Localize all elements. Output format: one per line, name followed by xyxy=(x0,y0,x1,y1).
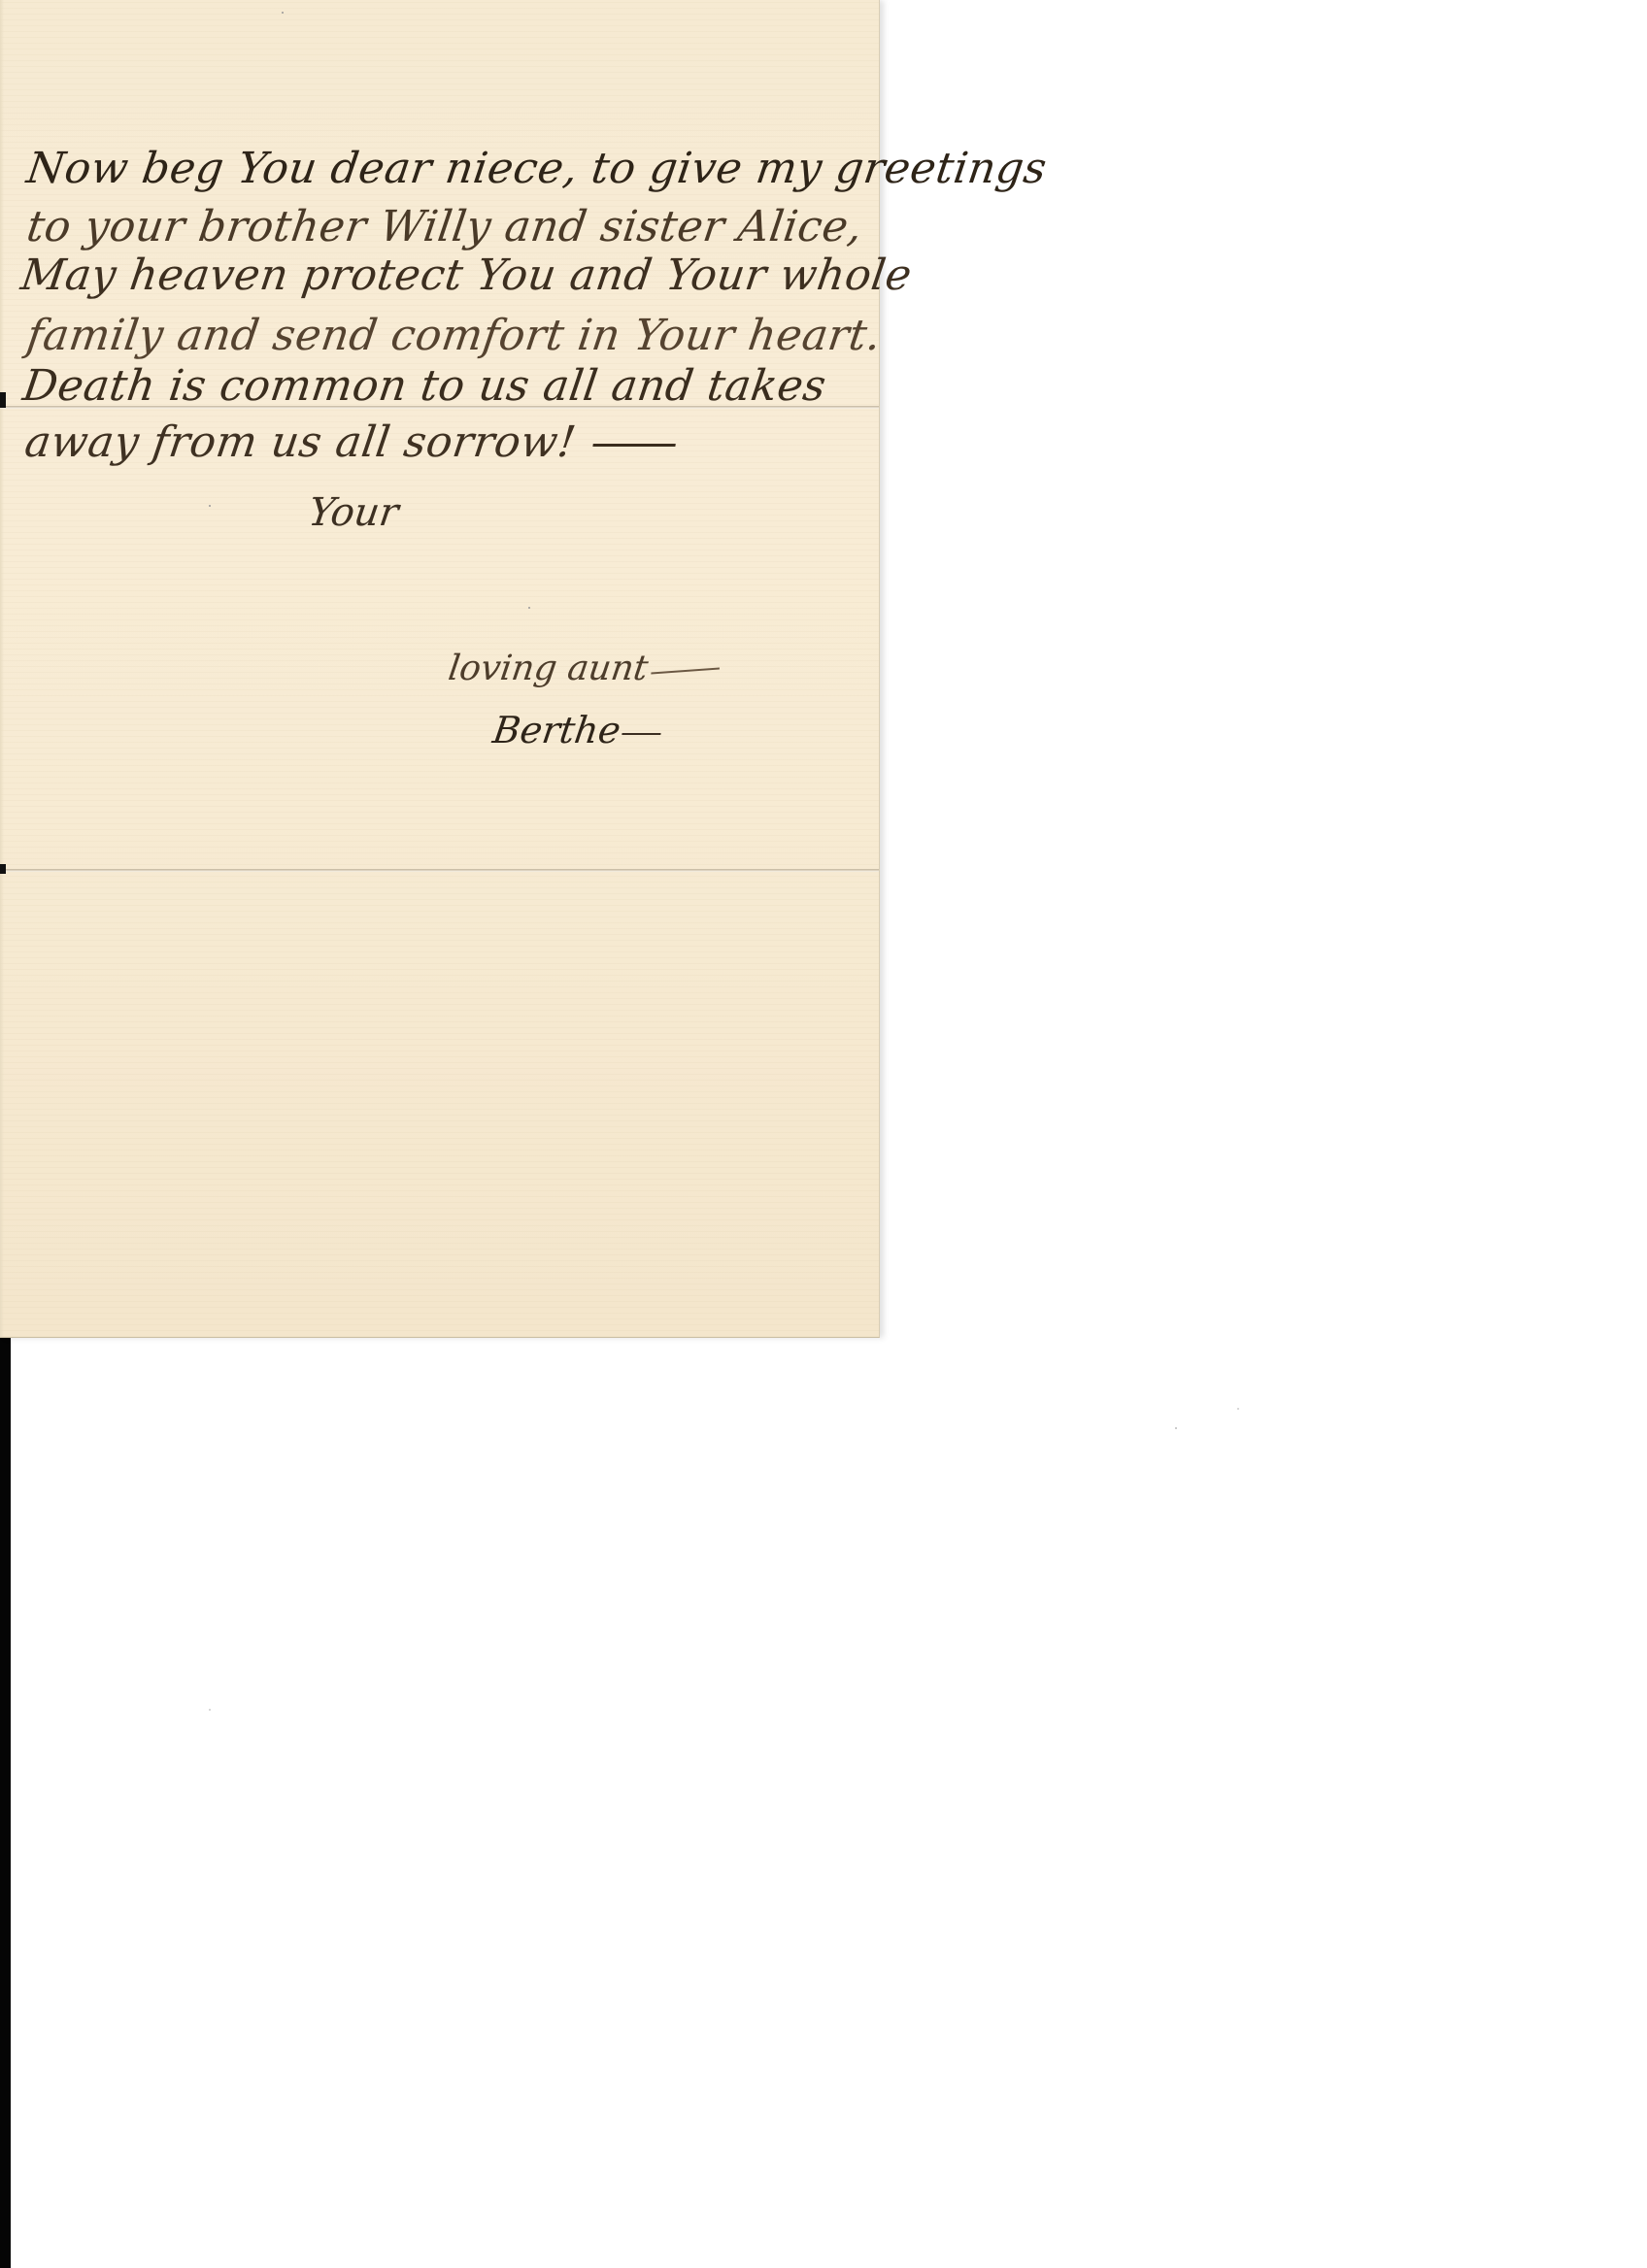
letter-line-5: Death is common to us all and takes xyxy=(19,361,829,411)
letter-closing: Your xyxy=(306,490,401,535)
scan-edge-strip xyxy=(0,1337,11,2268)
scan-mark xyxy=(0,864,6,874)
flourish-dash xyxy=(592,444,675,447)
letter-line-1: Now beg You dear niece, to give my greet… xyxy=(23,144,1050,193)
letter-line-2: to your brother Willy and sister Alice, xyxy=(23,202,865,251)
scan-mark xyxy=(0,392,6,408)
background-speck xyxy=(1175,1427,1177,1429)
background-speck xyxy=(209,1709,211,1711)
background-speck xyxy=(1237,1408,1239,1410)
paper-edge xyxy=(0,0,4,1337)
signature-name: Berthe xyxy=(490,709,664,751)
letter-line-6: away from us all sorrow! xyxy=(21,417,679,467)
paper-speck xyxy=(282,12,284,14)
letter-line-3: May heaven protect You and Your whole xyxy=(17,250,915,300)
letter-line-6-text: away from us all sorrow! xyxy=(21,417,579,467)
letter-line-4: family and send comfort in Your heart. xyxy=(23,311,884,360)
fold-crease-lower xyxy=(0,869,879,872)
paper-speck xyxy=(528,607,530,609)
letter-page: Now beg You dear niece, to give my greet… xyxy=(0,0,880,1338)
paper-speck xyxy=(209,505,211,507)
signature-salutation: loving aunt xyxy=(446,649,723,688)
